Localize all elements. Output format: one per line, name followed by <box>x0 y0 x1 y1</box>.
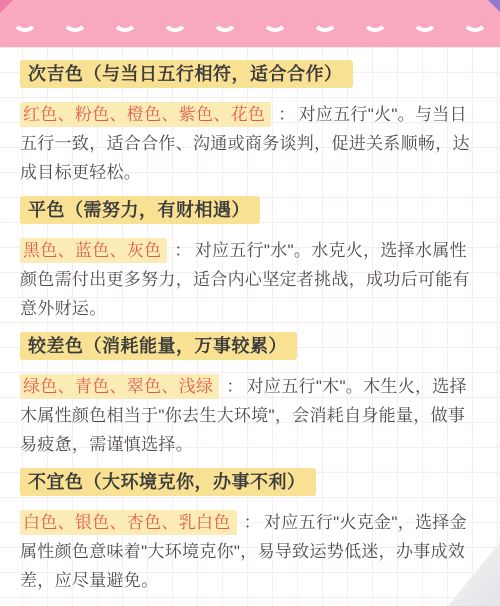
colon-separator: ： <box>244 513 261 532</box>
color-fortune-card: 次吉色（与当日五行相符，适合合作） 红色、粉色、橙色、紫色、花色：对应五行"火"… <box>0 0 500 606</box>
colon-separator: ： <box>174 241 191 260</box>
corner-accent-top-left <box>0 0 13 13</box>
section-paragraph: 黑色、蓝色、灰色：对应五行"水"。水克火，选择水属性颜色需付出更多努力，适合内心… <box>20 236 480 323</box>
scallop-icon <box>412 7 438 32</box>
section-heading: 较差色（消耗能量，万事较累） <box>20 332 297 360</box>
color-list-highlight: 白色、银色、杏色、乳白色 <box>20 510 237 535</box>
scallop-icon <box>462 7 488 32</box>
scalloped-banner <box>0 0 500 47</box>
color-list-highlight: 绿色、青色、翠色、浅绿 <box>20 374 219 399</box>
scallop-icon <box>12 7 38 32</box>
scallop-icon <box>62 7 88 32</box>
section-poor-color: 较差色（消耗能量，万事较累） 绿色、青色、翠色、浅绿：对应五行"木"。木生火，选… <box>20 332 480 459</box>
scallop-icon <box>312 7 338 32</box>
section-neutral-color: 平色（需努力，有财相遇） 黑色、蓝色、灰色：对应五行"水"。水克火，选择水属性颜… <box>20 196 480 323</box>
scallop-icon <box>162 7 188 32</box>
section-secondary-lucky-color: 次吉色（与当日五行相符，适合合作） 红色、粉色、橙色、紫色、花色：对应五行"火"… <box>20 60 480 187</box>
section-heading: 次吉色（与当日五行相符，适合合作） <box>20 60 353 88</box>
scallop-icon <box>212 7 238 32</box>
corner-accent-top-right <box>488 0 500 12</box>
card-content: 次吉色（与当日五行相符，适合合作） 红色、粉色、橙色、紫色、花色：对应五行"火"… <box>0 47 500 595</box>
color-list-highlight: 黑色、蓝色、灰色 <box>20 238 167 263</box>
section-heading: 不宜色（大环境克你，办事不利） <box>20 468 316 496</box>
colon-separator: ： <box>278 105 295 124</box>
section-unsuitable-color: 不宜色（大环境克你，办事不利） 白色、银色、杏色、乳白色：对应五行"火克金"，选… <box>20 468 480 595</box>
section-paragraph: 白色、银色、杏色、乳白色：对应五行"火克金"，选择金属性颜色意味着"大环境克你"… <box>20 508 480 595</box>
color-list-highlight: 红色、粉色、橙色、紫色、花色 <box>20 102 271 127</box>
section-paragraph: 绿色、青色、翠色、浅绿：对应五行"木"。木生火，选择木属性颜色相当于"你去生大环… <box>20 372 480 459</box>
section-paragraph: 红色、粉色、橙色、紫色、花色：对应五行"火"。与当日五行一致，适合合作、沟通或商… <box>20 100 480 187</box>
section-heading: 平色（需努力，有财相遇） <box>20 196 260 224</box>
scallop-icon <box>112 7 138 32</box>
scallop-icon <box>262 7 288 32</box>
colon-separator: ： <box>226 377 243 396</box>
scallop-icon <box>362 7 388 32</box>
